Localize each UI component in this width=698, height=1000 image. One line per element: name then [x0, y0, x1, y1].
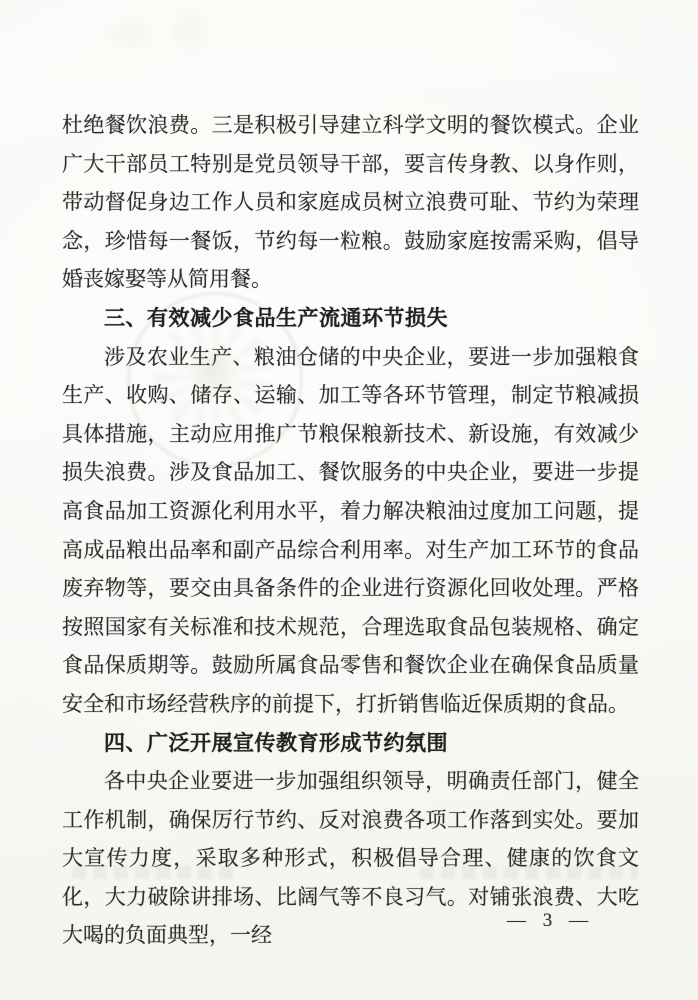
section-3-heading: 三、有效减少食品生产流通环节损失 — [62, 299, 639, 338]
ink-bleed-smudge — [100, 18, 160, 52]
page-number: — 3 — — [507, 910, 594, 932]
document-body: 杜绝餐饮浪费。三是积极引导建立科学文明的餐饮模式。企业广大干部员工特别是党员领导… — [62, 106, 639, 955]
ink-bleed-smudge — [168, 6, 212, 56]
paragraph-continuation: 杜绝餐饮浪费。三是积极引导建立科学文明的餐饮模式。企业广大干部员工特别是党员领导… — [62, 106, 639, 299]
section-4-heading: 四、广泛开展宣传教育形成节约氛围 — [62, 724, 639, 763]
document-page: 杜绝餐饮浪费。三是积极引导建立科学文明的餐饮模式。企业广大干部员工特别是党员领导… — [0, 0, 698, 1000]
section-3-body: 涉及农业生产、粮油仓储的中央企业，要进一步加强粮食生产、收购、储存、运输、加工等… — [62, 338, 639, 724]
